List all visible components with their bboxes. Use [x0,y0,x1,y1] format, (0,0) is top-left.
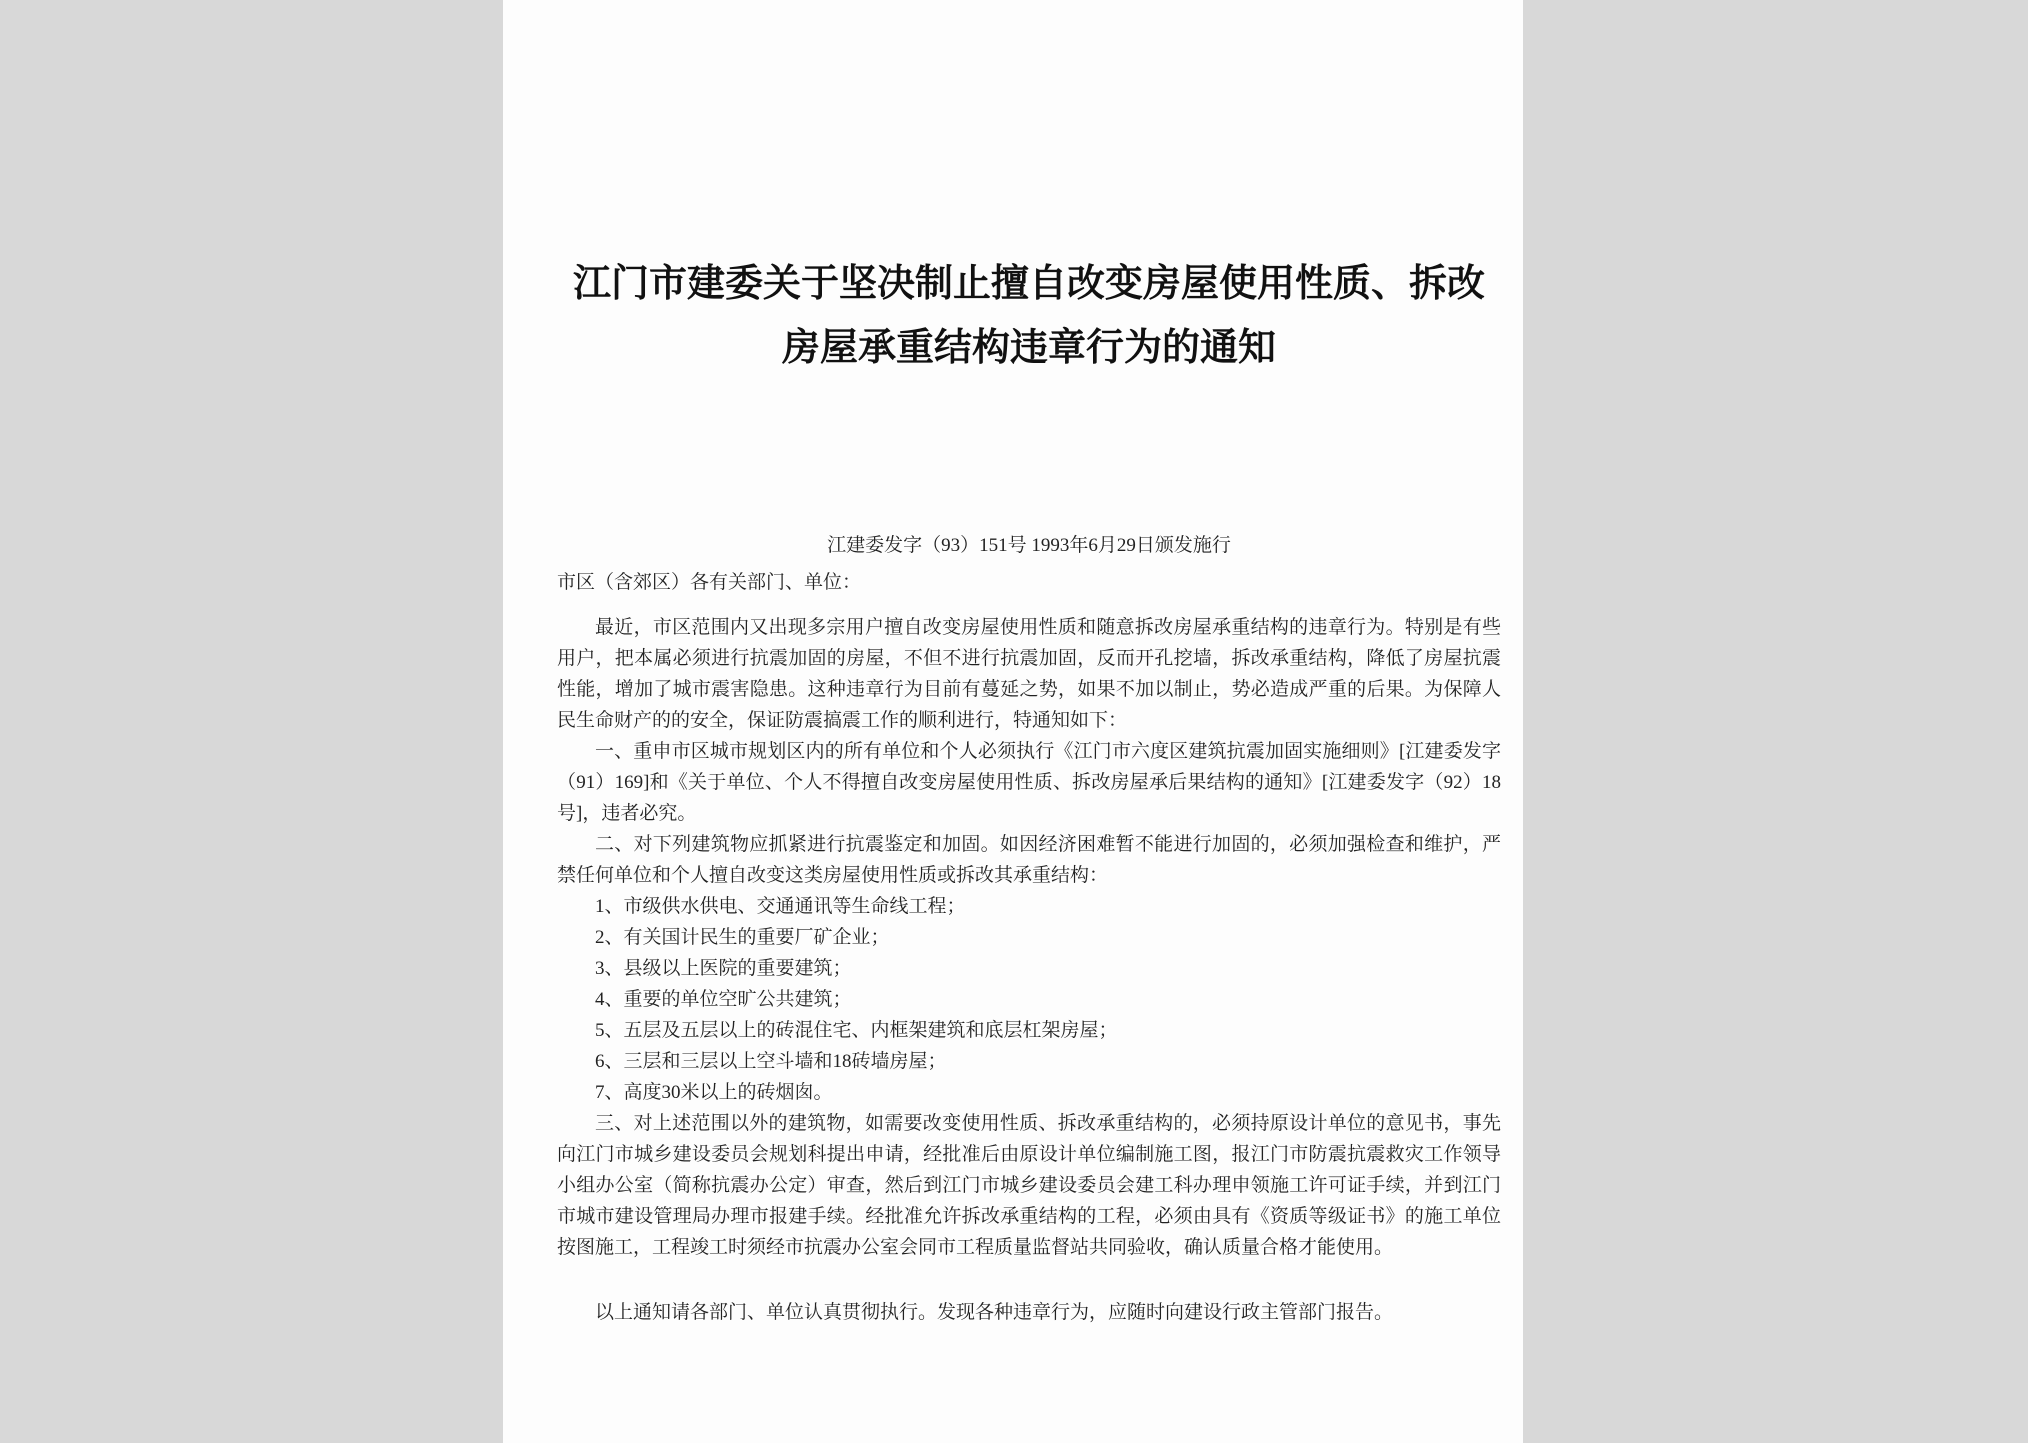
list-item: 2、有关国计民生的重要厂矿企业； [557,922,1501,953]
building-list: 1、市级供水供电、交通通讯等生命线工程； 2、有关国计民生的重要厂矿企业； 3、… [557,891,1501,1108]
paragraph-article-two: 二、对下列建筑物应抓紧进行抗震鉴定和加固。如因经济困难暂不能进行加固的，必须加强… [557,829,1501,891]
list-item: 1、市级供水供电、交通通讯等生命线工程； [557,891,1501,922]
paragraph-article-one: 一、重申市区城市规划区内的所有单位和个人必须执行《江门市六度区建筑抗震加固实施细… [557,736,1501,829]
list-item: 6、三层和三层以上空斗墙和18砖墙房屋； [557,1046,1501,1077]
document-page: 江门市建委关于坚决制止擅自改变房屋使用性质、拆改 房屋承重结构违章行为的通知 江… [503,0,1523,1443]
document-viewer-background: 江门市建委关于坚决制止擅自改变房屋使用性质、拆改 房屋承重结构违章行为的通知 江… [0,0,2028,1443]
list-item: 3、县级以上医院的重要建筑； [557,953,1501,984]
paragraph-closing: 以上通知请各部门、单位认真贯彻执行。发现各种违章行为，应随时向建设行政主管部门报… [557,1297,1501,1328]
paragraph-intro: 最近，市区范围内又出现多宗用户擅自改变房屋使用性质和随意拆改房屋承重结构的违章行… [557,612,1501,736]
paragraph-article-three: 三、对上述范围以外的建筑物，如需要改变使用性质、拆改承重结构的，必须持原设计单位… [557,1108,1501,1263]
document-title: 江门市建委关于坚决制止擅自改变房屋使用性质、拆改 房屋承重结构违章行为的通知 [557,252,1501,380]
list-item: 5、五层及五层以上的砖混住宅、内框架建筑和底层杠架房屋； [557,1015,1501,1046]
list-item: 4、重要的单位空旷公共建筑； [557,984,1501,1015]
document-issue-line: 江建委发字（93）151号 1993年6月29日颁发施行 [557,530,1501,561]
salutation: 市区（含郊区）各有关部门、单位： [557,567,1501,598]
document-title-line-1: 江门市建委关于坚决制止擅自改变房屋使用性质、拆改 [557,252,1501,316]
document-title-line-2: 房屋承重结构违章行为的通知 [557,316,1501,380]
list-item: 7、高度30米以上的砖烟囱。 [557,1077,1501,1108]
